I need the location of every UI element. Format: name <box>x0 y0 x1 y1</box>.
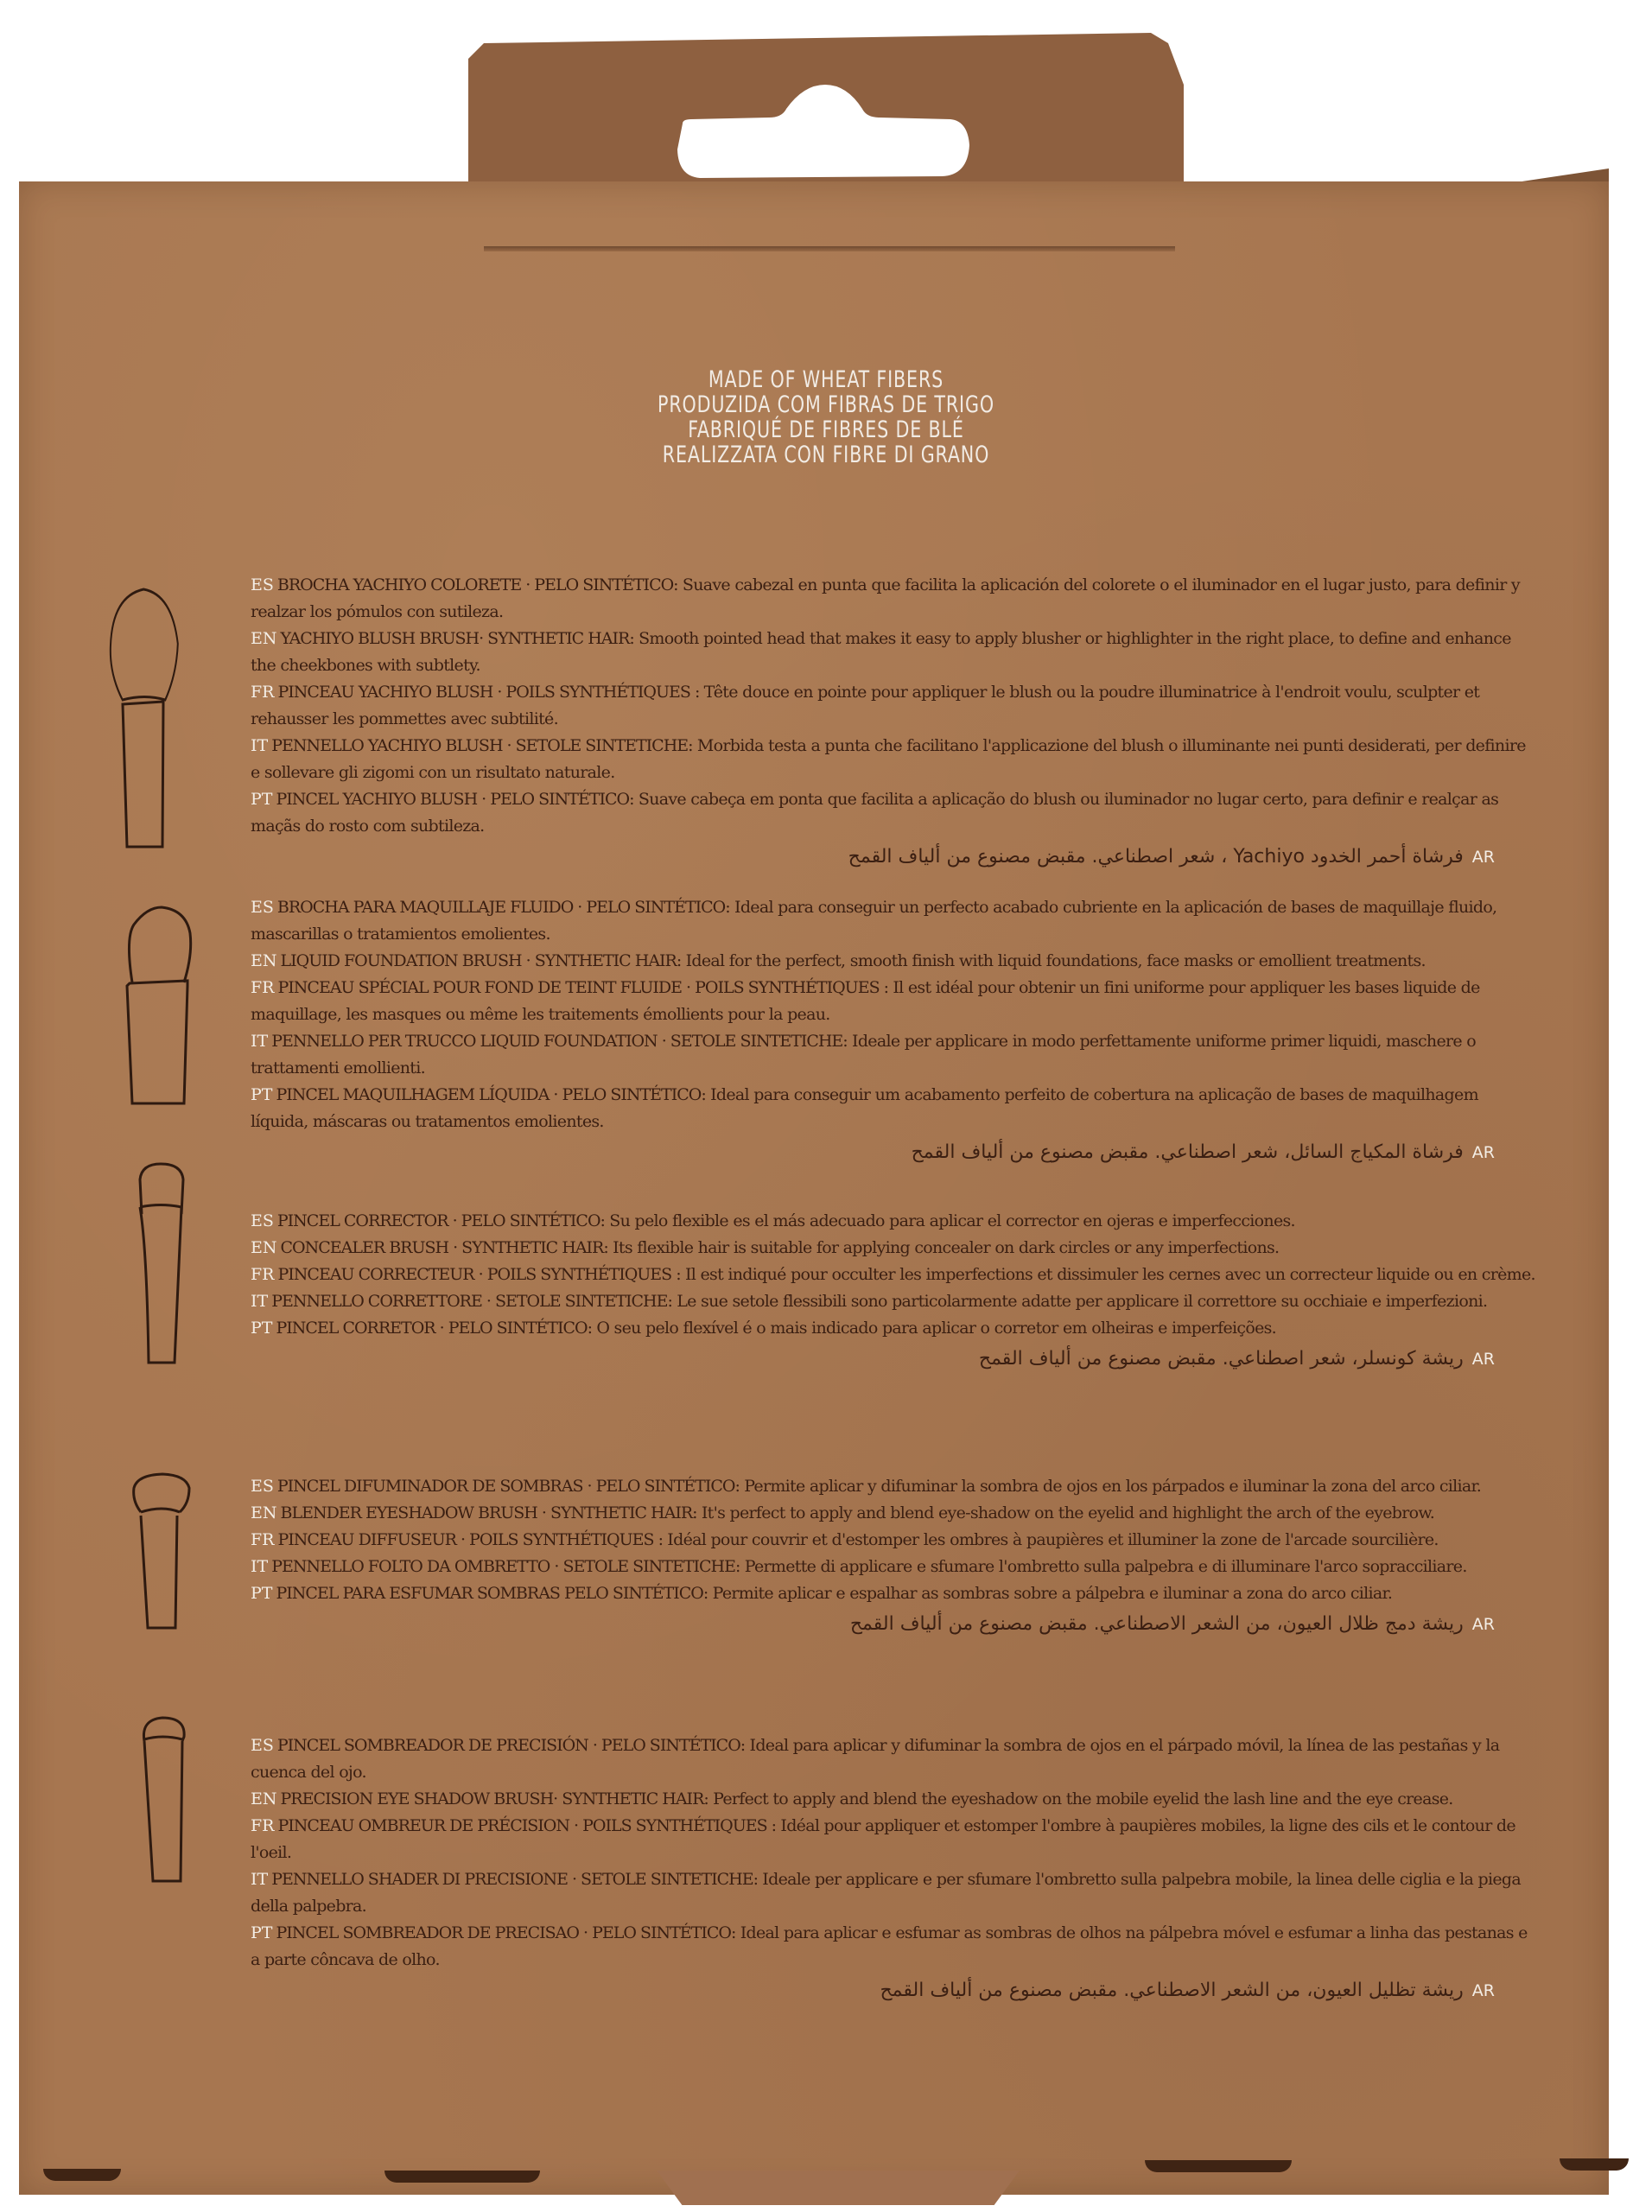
language-code: PT <box>251 1923 272 1942</box>
description-en: ENLIQUID FOUNDATION BRUSH · SYNTHETIC HA… <box>251 948 1538 975</box>
language-code: EN <box>251 951 277 970</box>
brush-name: PINCEL CORRECTOR · PELO SINTÉTICO: <box>277 1211 605 1230</box>
description-it: ITPENNELLO FOLTO DA OMBRETTO · SETOLE SI… <box>251 1554 1538 1580</box>
bottom-notch <box>384 2171 540 2183</box>
description-fr: FRPINCEAU SPÉCIAL POUR FOND DE TEINT FLU… <box>251 975 1538 1028</box>
language-code: ES <box>251 1736 274 1755</box>
brush-description: O seu pelo flexível é o mais indicado pa… <box>592 1319 1276 1338</box>
brush-description: Permite aplicar e espalhar as sombras so… <box>708 1584 1392 1603</box>
language-code: ES <box>251 575 274 594</box>
language-code: IT <box>251 1870 268 1889</box>
brush-description: Permette di applicare e sfumare l'ombret… <box>740 1557 1466 1576</box>
headline-line: PRODUZIDA COM FIBRAS DE TRIGO <box>124 392 1528 417</box>
brush-description: It's perfect to apply and blend eye-shad… <box>697 1503 1435 1522</box>
brush-description: Idéal pour couvrir et d'estomper les omb… <box>663 1530 1439 1549</box>
brush-name: PINCEL DIFUMINADOR DE SOMBRAS · PELO SIN… <box>277 1477 740 1496</box>
description-fr: FRPINCEAU CORRECTEUR · POILS SYNTHÉTIQUE… <box>251 1262 1538 1288</box>
brush-name: PENNELLO SHADER DI PRECISIONE · SETOLE S… <box>271 1870 758 1889</box>
language-code: AR <box>1472 848 1495 867</box>
brush-description: Le sue setole flessibili sono particolar… <box>672 1292 1487 1311</box>
brush-name: PINCEL PARA ESFUMAR SOMBRAS PELO SINTÉTI… <box>276 1584 708 1603</box>
language-code: FR <box>251 978 275 997</box>
brush-name: BROCHA YACHIYO COLORETE · PELO SINTÉTICO… <box>277 575 678 594</box>
material-headline: MADE OF WHEAT FIBERS PRODUZIDA COM FIBRA… <box>124 367 1528 467</box>
description-it: ITPENNELLO PER TRUCCO LIQUID FOUNDATION … <box>251 1028 1538 1082</box>
description-en: ENCONCEALER BRUSH · SYNTHETIC HAIR: Its … <box>251 1235 1538 1262</box>
blush-brush-icon <box>104 579 181 864</box>
description-es: ESBROCHA PARA MAQUILLAJE FLUIDO · PELO S… <box>251 894 1538 948</box>
description-it: ITPENNELLO SHADER DI PRECISIONE · SETOLE… <box>251 1866 1538 1920</box>
description-en: ENYACHIYO BLUSH BRUSH· SYNTHETIC HAIR: S… <box>251 626 1538 679</box>
brush-name: CONCEALER BRUSH · SYNTHETIC HAIR: <box>281 1238 608 1257</box>
language-code: ES <box>251 898 274 917</box>
description-ar: ARريشة تظليل العيون، من الشعر الاصطناعي.… <box>251 1974 1495 2008</box>
brush-description: Il est indiqué pour occulter les imperfe… <box>681 1265 1535 1284</box>
description-fr: FRPINCEAU DIFFUSEUR · POILS SYNTHÉTIQUES… <box>251 1527 1538 1554</box>
bottom-notch <box>1560 2158 1629 2171</box>
language-code: PT <box>251 1085 272 1104</box>
description-ar: ARريشة كونسلر، شعر اصطناعي. مقبض مصنوع م… <box>251 1342 1495 1376</box>
brush-description: Perfect to apply and blend the eyeshadow… <box>708 1789 1453 1808</box>
brush-name: PINCEAU SPÉCIAL POUR FOND DE TEINT FLUID… <box>278 978 889 997</box>
description-ar: ARريشة دمج ظلال العيون، من الشعر الاصطنا… <box>251 1607 1495 1642</box>
language-code: EN <box>251 629 277 648</box>
description-es: ESPINCEL DIFUMINADOR DE SOMBRAS · PELO S… <box>251 1473 1538 1500</box>
brush-name: PENNELLO FOLTO DA OMBRETTO · SETOLE SINT… <box>271 1557 740 1576</box>
brush-name: PENNELLO PER TRUCCO LIQUID FOUNDATION · … <box>271 1032 848 1051</box>
brush-name: PINCEAU CORRECTEUR · POILS SYNTHÉTIQUES … <box>278 1265 681 1284</box>
foundation-brush-icon <box>125 903 194 1128</box>
language-code: FR <box>251 1265 275 1284</box>
language-code: EN <box>251 1789 277 1808</box>
brush-name: LIQUID FOUNDATION BRUSH · SYNTHETIC HAIR… <box>281 951 682 970</box>
brush-section-blender: ESPINCEL DIFUMINADOR DE SOMBRAS · PELO S… <box>251 1473 1538 1642</box>
bottom-tuck-flap <box>657 2171 1020 2205</box>
brush-name: PINCEL SOMBREADOR DE PRECISAO · PELO SIN… <box>276 1923 735 1942</box>
language-code: PT <box>251 1319 272 1338</box>
brush-description: ريشة كونسلر، شعر اصطناعي. مقبض مصنوع من … <box>979 1348 1464 1370</box>
description-es: ESPINCEL SOMBREADOR DE PRECISIÓN · PELO … <box>251 1732 1538 1786</box>
brush-description: ريشة دمج ظلال العيون، من الشعر الاصطناعي… <box>850 1613 1464 1635</box>
brush-description: فرشاة أحمر الخدود Yachiyo ، شعر اصطناعي.… <box>848 846 1464 868</box>
brush-description: Permite aplicar y difuminar la sombra de… <box>740 1477 1481 1496</box>
language-code: ES <box>251 1477 274 1496</box>
language-code: IT <box>251 1292 268 1311</box>
description-es: ESPINCEL CORRECTOR · PELO SINTÉTICO: Su … <box>251 1208 1538 1235</box>
bottom-notch <box>43 2169 121 2181</box>
description-en: ENPRECISION EYE SHADOW BRUSH· SYNTHETIC … <box>251 1786 1538 1813</box>
brush-section-blush: ESBROCHA YACHIYO COLORETE · PELO SINTÉTI… <box>251 572 1538 874</box>
headline-line: REALIZZATA CON FIBRE DI GRANO <box>124 442 1528 467</box>
language-code: PT <box>251 790 272 809</box>
description-it: ITPENNELLO YACHIYO BLUSH · SETOLE SINTET… <box>251 733 1538 786</box>
brush-name: PINCEAU DIFFUSEUR · POILS SYNTHÉTIQUES : <box>278 1530 663 1549</box>
brush-description: Its flexible hair is suitable for applyi… <box>608 1238 1280 1257</box>
brush-description: فرشاة المكياج السائل، شعر اصطناعي. مقبض … <box>912 1141 1464 1163</box>
concealer-brush-icon <box>137 1162 188 1370</box>
hang-hole <box>665 85 985 178</box>
description-it: ITPENNELLO CORRETTORE · SETOLE SINTETICH… <box>251 1288 1538 1315</box>
brush-name: PINCEL YACHIYO BLUSH · PELO SINTÉTICO: <box>276 790 633 809</box>
brush-name: PINCEL SOMBREADOR DE PRECISIÓN · PELO SI… <box>277 1736 745 1755</box>
language-code: FR <box>251 1816 275 1835</box>
description-fr: FRPINCEAU OMBREUR DE PRÉCISION · POILS S… <box>251 1813 1538 1866</box>
language-code: IT <box>251 1032 268 1051</box>
description-ar: ARفرشاة أحمر الخدود Yachiyo ، شعر اصطناع… <box>251 840 1495 874</box>
brush-name: PENNELLO CORRETTORE · SETOLE SINTETICHE: <box>271 1292 672 1311</box>
brush-name: PINCEL CORRETOR · PELO SINTÉTICO: <box>276 1319 592 1338</box>
description-pt: PTPINCEL SOMBREADOR DE PRECISAO · PELO S… <box>251 1920 1538 1974</box>
description-pt: PTPINCEL MAQUILHAGEM LÍQUIDA · PELO SINT… <box>251 1082 1538 1135</box>
language-code: EN <box>251 1503 277 1522</box>
precision-shader-brush-icon <box>141 1715 188 1888</box>
blender-eyeshadow-brush-icon <box>132 1471 193 1643</box>
language-code: PT <box>251 1584 272 1603</box>
brush-name: PINCEAU OMBREUR DE PRÉCISION · POILS SYN… <box>278 1816 777 1835</box>
brush-description: ريشة تظليل العيون، من الشعر الاصطناعي. م… <box>880 1980 1463 2001</box>
language-code: IT <box>251 1557 268 1576</box>
headline-line: FABRIQUÉ DE FIBRES DE BLÉ <box>124 417 1528 442</box>
language-code: AR <box>1472 1615 1495 1634</box>
brush-name: PINCEAU YACHIYO BLUSH · POILS SYNTHÉTIQU… <box>278 683 700 702</box>
language-code: EN <box>251 1238 277 1257</box>
language-code: AR <box>1472 1981 1495 2000</box>
brush-section-precision: ESPINCEL SOMBREADOR DE PRECISIÓN · PELO … <box>251 1732 1538 2008</box>
brush-section-foundation: ESBROCHA PARA MAQUILLAJE FLUIDO · PELO S… <box>251 894 1538 1170</box>
brush-name: PRECISION EYE SHADOW BRUSH· SYNTHETIC HA… <box>281 1789 708 1808</box>
description-en: ENBLENDER EYESHADOW BRUSH · SYNTHETIC HA… <box>251 1500 1538 1527</box>
description-es: ESBROCHA YACHIYO COLORETE · PELO SINTÉTI… <box>251 572 1538 626</box>
description-fr: FRPINCEAU YACHIYO BLUSH · POILS SYNTHÉTI… <box>251 679 1538 733</box>
description-ar: ARفرشاة المكياج السائل، شعر اصطناعي. مقب… <box>251 1135 1495 1170</box>
language-code: AR <box>1472 1143 1495 1162</box>
description-pt: PTPINCEL YACHIYO BLUSH · PELO SINTÉTICO:… <box>251 786 1538 840</box>
language-code: FR <box>251 683 275 702</box>
language-code: ES <box>251 1211 274 1230</box>
description-pt: PTPINCEL PARA ESFUMAR SOMBRAS PELO SINTÉ… <box>251 1580 1538 1607</box>
brush-section-concealer: ESPINCEL CORRECTOR · PELO SINTÉTICO: Su … <box>251 1208 1538 1376</box>
language-code: FR <box>251 1530 275 1549</box>
description-pt: PTPINCEL CORRETOR · PELO SINTÉTICO: O se… <box>251 1315 1538 1342</box>
brush-name: BROCHA PARA MAQUILLAJE FLUIDO · PELO SIN… <box>277 898 730 917</box>
brush-name: PENNELLO YACHIYO BLUSH · SETOLE SINTETIC… <box>271 736 692 755</box>
language-code: AR <box>1472 1350 1495 1369</box>
fold-line <box>484 246 1175 251</box>
brush-name: PINCEL MAQUILHAGEM LÍQUIDA · PELO SINTÉT… <box>276 1085 705 1104</box>
brush-description: Ideal for the perfect, smooth finish wit… <box>681 951 1426 970</box>
headline-line: MADE OF WHEAT FIBERS <box>124 367 1528 392</box>
brush-name: BLENDER EYESHADOW BRUSH · SYNTHETIC HAIR… <box>281 1503 697 1522</box>
brush-description: Su pelo flexible es el más adecuado para… <box>605 1211 1295 1230</box>
brush-name: YACHIYO BLUSH BRUSH· SYNTHETIC HAIR: <box>281 629 634 648</box>
language-code: IT <box>251 736 268 755</box>
bottom-notch <box>1145 2160 1292 2172</box>
